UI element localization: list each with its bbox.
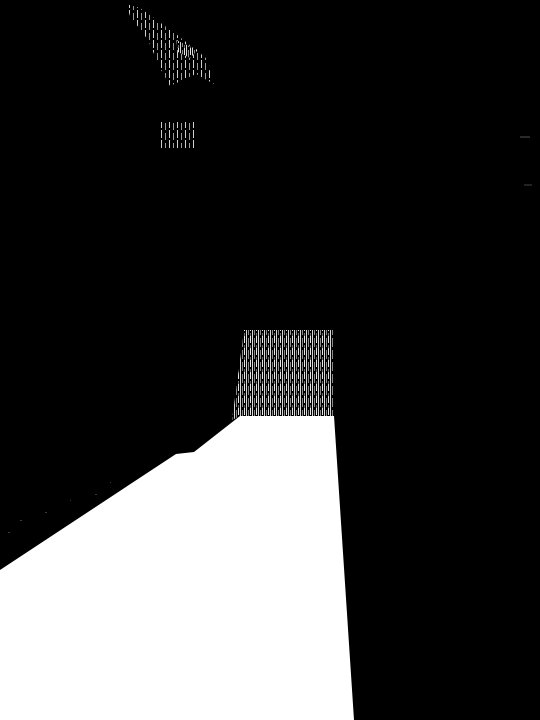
doorway-texture bbox=[232, 330, 334, 420]
highlight-right-upper bbox=[520, 136, 530, 138]
highlight-right-lower bbox=[524, 184, 532, 186]
photo-canvas bbox=[0, 0, 540, 720]
photo-scene bbox=[0, 0, 540, 720]
small-fragment bbox=[160, 122, 196, 148]
